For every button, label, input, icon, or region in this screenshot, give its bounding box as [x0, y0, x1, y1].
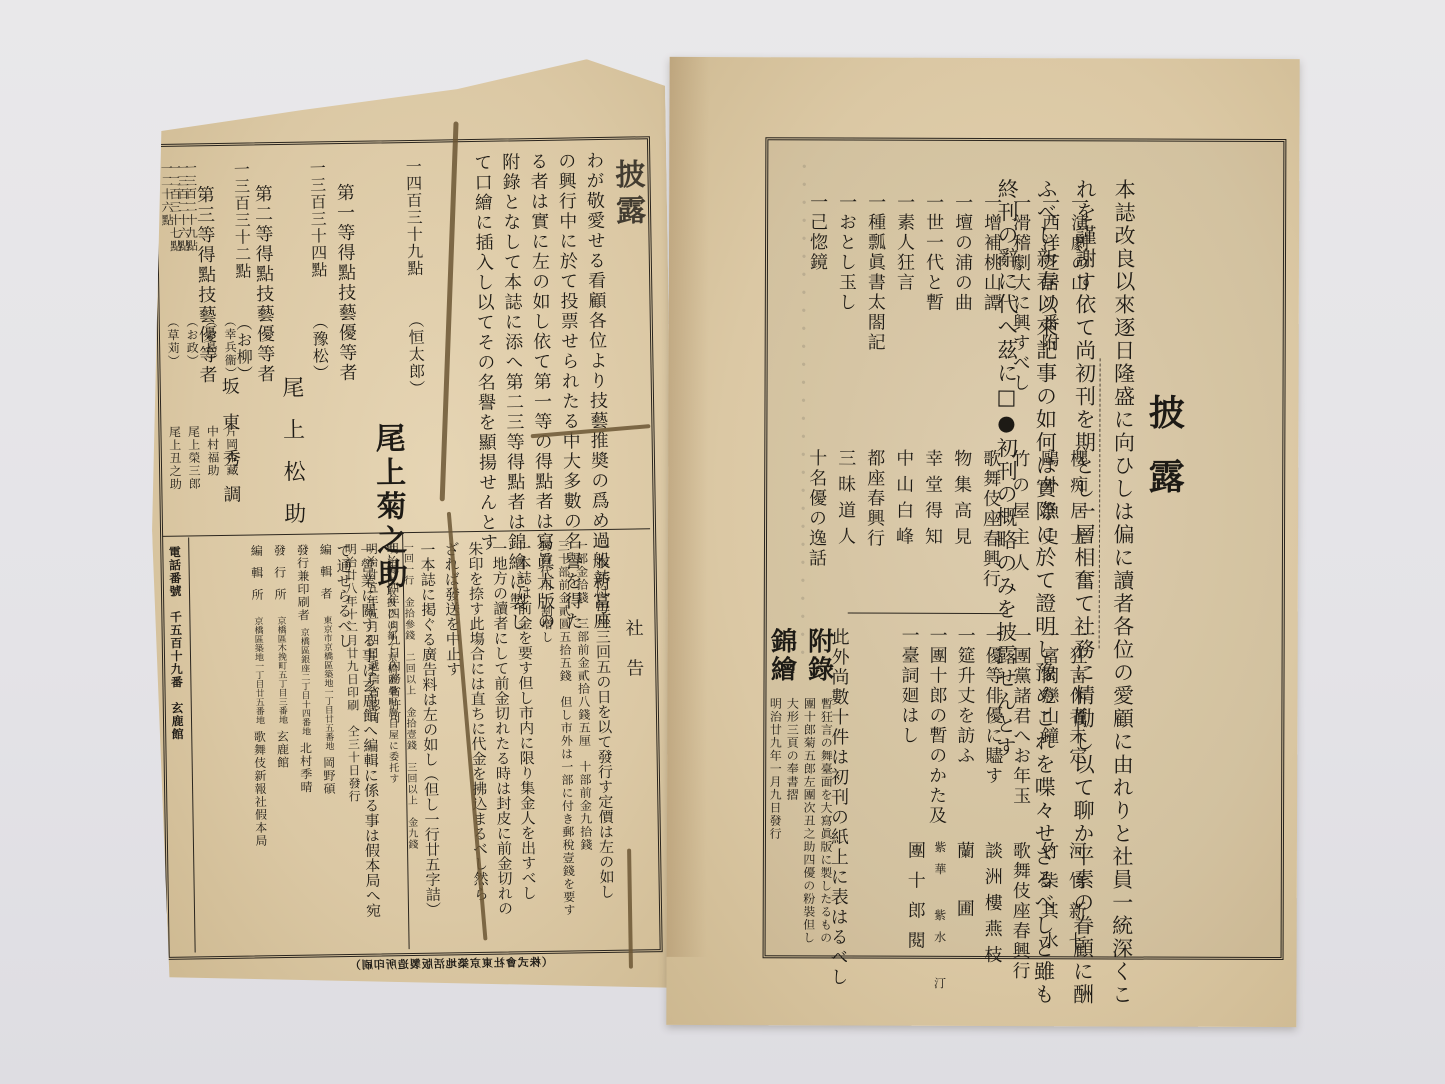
- announcement-line: の興行中に於て投票せられたる中大多數の名譽を得た: [554, 151, 582, 511]
- colophon-address: 東京市京橋區築地一丁目廿五番地: [318, 615, 335, 750]
- contents-upper: 一演劇の山 一西洋芝居の番附 一滑稽劇大に興すべし 一增補桃山譚 一壇の浦の曲 …: [808, 192, 1089, 593]
- supplement-heading: 附錄錦繪: [777, 627, 837, 687]
- left-page: 披露 わが敬愛せる看顧各位より技藝推奬の爲め過般新富座 の興行中に於て投票せられ…: [145, 58, 680, 996]
- third-class-actor: 尾上丑之助: [166, 426, 182, 491]
- supplement-line: 明治廿九年一月九日發行: [767, 697, 783, 944]
- announcement-line: て口繪に插入し以てその名譽を顯揚せんとす: [470, 153, 498, 513]
- colophon-address: 京橋區木挽町五丁目三番地: [272, 616, 289, 724]
- announcement-line: 附錄となして本誌に添へ第二三等得點者は錦繪に製し: [498, 152, 526, 512]
- contents-author: 十名優の逸話: [805, 448, 827, 588]
- contents-title: 一演劇の山: [1067, 193, 1090, 393]
- preface-heading: 披露: [1139, 394, 1190, 522]
- stain: [667, 57, 710, 957]
- contents-title: 一壇の浦の曲: [951, 193, 974, 393]
- announcement-heading: 披露: [604, 158, 649, 231]
- third-class-role: （幸兵衞）: [222, 315, 238, 380]
- contents-author: 紫華 紫水 汀: [931, 841, 947, 999]
- supplement-line: 大形三頁の奉書摺: [784, 697, 800, 944]
- third-class-role: （お島）: [203, 315, 219, 380]
- contents-author: 中山白峰: [892, 449, 914, 589]
- contents-title: 一優等俳優に贐す: [981, 626, 1004, 826]
- notice-item: 一本誌は前金を要す但し市内に限り集金人を出すべし: [513, 540, 540, 940]
- first-class-points: 一四百三十九點: [402, 158, 424, 277]
- contents-author: 蘭圃: [952, 841, 975, 999]
- third-class-actor: 尾上榮三郎: [185, 425, 201, 490]
- supplement-line: 團十郎菊五郎左團次丑之助四優の粉裝但し: [801, 697, 817, 944]
- colophon-dates: 明治廿四年四月九日內務省許可 明治廿五年五月四日遞信省認可 明治廿八年十二月廿九…: [342, 542, 403, 803]
- third-class-roles: （幸兵衞） （お島） （お政） （草苅）: [165, 315, 238, 381]
- colophon-row: 發行所 京橋區木挽町五丁目三番地 玄鹿館: [271, 544, 292, 944]
- contents-title: 一筵升丈を訪ふ: [953, 626, 976, 826]
- contents-author: 幸堂得知: [921, 449, 943, 589]
- colophon-address: 京橋區銀座二丁目十四番地: [296, 628, 313, 736]
- first-class-runner-points: 一三百三十四點: [306, 159, 328, 278]
- colophon-name: 歌舞伎新報社假本局: [251, 730, 268, 847]
- right-page: ・・・・・・・・・・・・・・・・・・・・・・・・・・・・ 披露 本誌改良以來逐日…: [666, 57, 1299, 1027]
- first-class-runner-role: （豫松）: [309, 313, 330, 381]
- notice-item: 一本誌に掲ぐる廣告料は左の如し（但し一行廿五字詰）: [417, 542, 444, 942]
- contents-author: 櫻痴居士: [1066, 449, 1088, 589]
- contents-lower-titles: 一狂言作者未定 一富岡戀山鐘 一團黨諸君へお年玉 一優等俳優に贐す 一筵升丈を訪…: [897, 626, 1088, 827]
- third-class-actor: 中村福助: [204, 425, 220, 490]
- contents-author: 竹柴其水: [1036, 841, 1059, 999]
- colophon-name: 玄鹿館: [274, 730, 290, 769]
- colophon-name: 岡野碩: [321, 756, 337, 795]
- colophon-date: 明治廿五年五月四日遞信省認可: [363, 543, 382, 803]
- contents-author: 三昧道人: [834, 448, 856, 588]
- contents-author: 物集高見: [950, 449, 972, 589]
- contents-title: 一團十郎の暫のかた及: [925, 626, 948, 826]
- contents-author: 河竹新七: [1064, 841, 1087, 999]
- contents-title: 一富岡戀山鐘: [1037, 626, 1060, 826]
- colophon-label: 編輯者: [317, 543, 333, 609]
- colophon-row: 發行兼印刷者 京橋區銀座二丁目十四番地 北村季晴: [294, 544, 315, 944]
- contents-entry: 一演劇の山 一西洋芝居の番附 一滑稽劇大に興すべし 一增補桃山譚 一壇の浦の曲 …: [806, 192, 1090, 393]
- third-class-role: （お政）: [184, 315, 200, 380]
- colophon-table: 編輯者 東京市京橋區築地一丁目廿五番地 岡野碩 發行兼印刷者 京橋區銀座二丁目十…: [192, 543, 338, 945]
- third-class-points: 一二十六點: [158, 162, 174, 227]
- announcement-line: る者は實に左の如し依て第一等の得點者は寫眞大版の: [526, 152, 554, 512]
- contents-title: 一世一代と暫: [922, 193, 945, 393]
- contents-author: 團十郎閱: [903, 841, 926, 999]
- contents-title: 一素人狂言: [893, 193, 916, 393]
- contents-title: 一團黨諸君へお年玉: [1009, 626, 1032, 826]
- first-class-role: （恒太郎）: [405, 312, 426, 397]
- second-class-title: 第二等得點技藝優等者: [251, 184, 276, 384]
- contents-title: 一增補桃山譚: [980, 193, 1003, 393]
- notice-item: 一地方の讀者にして前金切れたる時は封皮に前金切れの: [489, 540, 516, 940]
- colophon-date: 明治廿八年十二月廿九日印刷 仝三十日發行: [342, 543, 361, 803]
- announcement-body: わが敬愛せる看顧各位より技藝推奬の爲め過般新富座 の興行中に於て投票せられたる中…: [470, 151, 610, 513]
- supplement-body: 暫狂言の舞臺面を大寫眞版に製したるもの 團十郎菊五郎左團次丑之助四優の粉裝但し …: [767, 697, 834, 944]
- third-class-actors: 片岡市藏 中村福助 尾上榮三郎 尾上丑之助: [166, 425, 239, 491]
- supplement-line: 暫狂言の舞臺面を大寫眞版に製したるもの: [818, 697, 834, 944]
- first-class-runner-actor: 尾上松助: [276, 376, 310, 544]
- colophon-address: 京橋區築地一丁目廿五番地: [249, 616, 266, 724]
- first-class-title: 第一等得點技藝優等者: [333, 183, 358, 383]
- printer-footer: （株式會社東京築地活版製造所印刷）: [349, 955, 553, 973]
- third-class-role: （草苅）: [165, 316, 181, 381]
- contents-title: 一己惚鏡: [806, 192, 829, 392]
- contents-authors: 櫻痴居士 鷗外漁史 竹の屋主人 歌舞伎座春興行 物集高見 幸堂得知 中山白峰 都…: [805, 448, 1088, 589]
- contents-title: 一狂言作者未定: [1065, 626, 1088, 826]
- contents-author: 都座春興行: [863, 449, 885, 589]
- contents-title: 一臺詞廻はし: [897, 626, 920, 826]
- contents-title: 一種瓢眞書太閤記: [864, 193, 887, 393]
- colophon-label: 編輯所: [248, 544, 264, 610]
- colophon-label: 發行兼印刷者: [294, 544, 310, 622]
- contents-title: 一おとし玉し: [835, 192, 858, 392]
- contents-author: 鷗外漁史: [1037, 449, 1059, 589]
- contents-author: 竹の屋主人: [1008, 449, 1030, 589]
- preface-line: 本誌改良以來逐日隆盛に向ひしは偏に讀者各位の愛顧に由れりと社員一統深くこ: [1106, 178, 1139, 1006]
- contents-author: 歌舞伎座春興行: [1008, 841, 1031, 999]
- colophon-name: 北村季晴: [297, 742, 313, 794]
- contents-title: 一西洋芝居の番附: [1038, 193, 1061, 393]
- contents-author: 談洲樓燕枝: [980, 841, 1003, 999]
- colophon-row: 編輯所 京橋區築地一丁目廿五番地 歌舞伎新報社假本局: [248, 544, 269, 944]
- third-class-actor: 片岡市藏: [223, 425, 239, 490]
- contents-title: 一滑稽劇大に興すべし: [1009, 193, 1032, 393]
- colophon-phone: 電話番號 千五百十九番 玄鹿館: [166, 546, 184, 741]
- contents-author: 歌舞伎座春興行: [979, 449, 1001, 589]
- contents-lower-authors: 河竹新七 竹柴其水 歌舞伎座春興行 談洲樓燕枝 蘭圃 紫華 紫水 汀 團十郎閱: [903, 841, 1087, 1000]
- colophon-label: 發行所: [271, 544, 287, 610]
- notice-heading: 社告: [621, 618, 644, 698]
- second-class-points: 一三百三十二點: [230, 160, 252, 279]
